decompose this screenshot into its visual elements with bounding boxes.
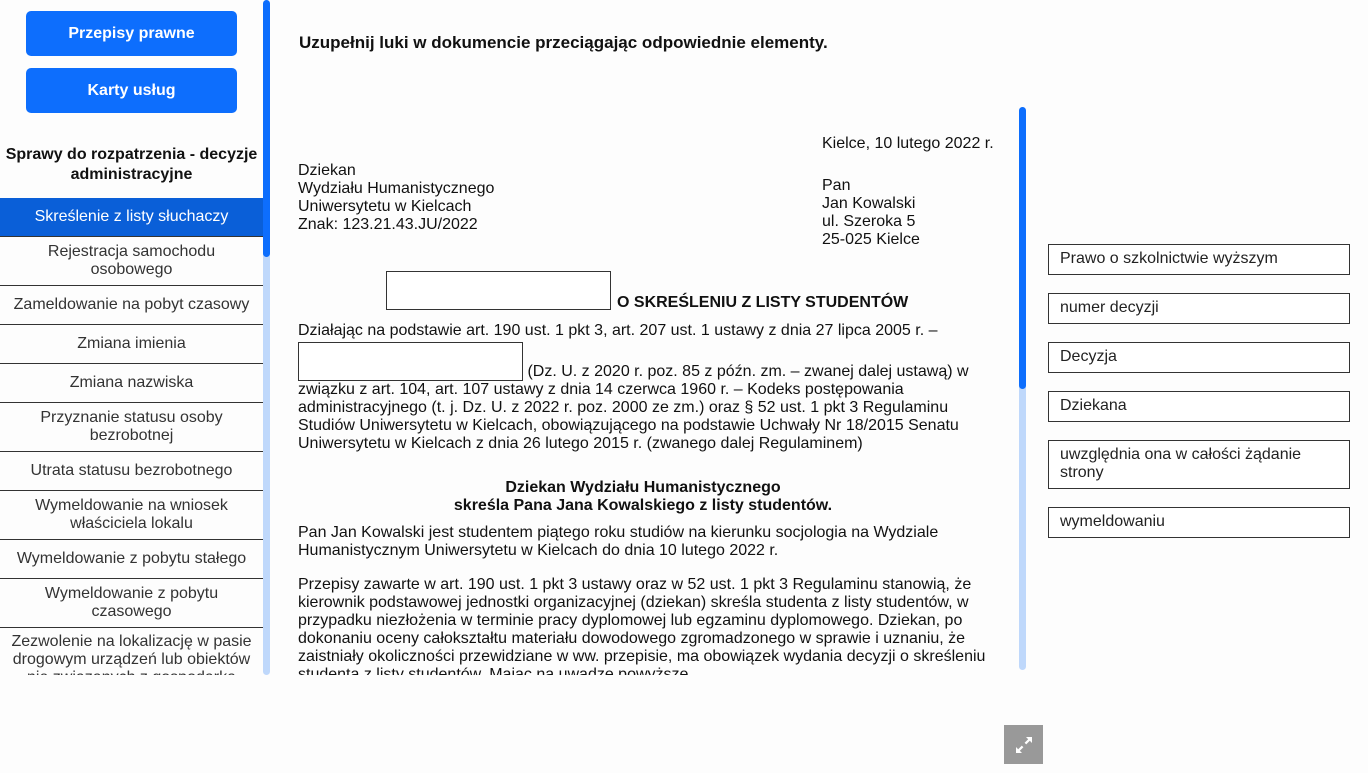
sidebar-item-wymeldowanie-czasowy[interactable]: Wymeldowanie z pobytu czasowego (0, 579, 263, 629)
sender-line: Uniwersytetu w Kielcach (298, 198, 494, 216)
sender-line: Dziekan (298, 162, 494, 180)
legal-regulations-button[interactable]: Przepisy prawne (26, 11, 237, 56)
sidebar-item-zezwolenie[interactable]: Zezwolenie na lokalizację w pasie drogow… (0, 628, 263, 675)
recipient-line: Pan (822, 177, 920, 195)
decision-line: Dziekan Wydziału Humanistycznego (298, 479, 988, 497)
document-title: O SKREŚLENIU Z LISTY STUDENTÓW (617, 294, 908, 312)
document-recipient: Pan Jan Kowalski ul. Szeroka 5 25-025 Ki… (822, 177, 920, 249)
sidebar: Przepisy prawne Karty usług Sprawy do ro… (0, 0, 263, 675)
sidebar-item-wymeldowanie-wniosek[interactable]: Wymeldowanie na wniosek właściciela loka… (0, 491, 263, 541)
sender-reference: Znak: 123.21.43.JU/2022 (298, 216, 494, 234)
service-cards-button[interactable]: Karty usług (26, 68, 237, 113)
recipient-line: Jan Kowalski (822, 195, 920, 213)
sidebar-item-wymeldowanie-staly[interactable]: Wymeldowanie z pobytu stałego (0, 540, 263, 579)
justification-paragraph: Przepisy zawarte w art. 190 ust. 1 pkt 3… (298, 576, 988, 675)
facts-paragraph: Pan Jan Kowalski jest studentem piątego … (298, 524, 988, 560)
sidebar-item-zmiana-nazwiska[interactable]: Zmiana nazwiska (0, 364, 263, 403)
drag-option[interactable]: numer decyzji (1048, 293, 1350, 324)
drag-option[interactable]: Dziekana (1048, 391, 1350, 422)
fullscreen-button[interactable] (1004, 725, 1043, 764)
recipient-line: ul. Szeroka 5 (822, 213, 920, 231)
draggable-options: Prawo o szkolnictwie wyższym numer decyz… (1048, 244, 1350, 556)
sidebar-item-rejestracja[interactable]: Rejestracja samochodu osobowego (0, 237, 263, 287)
case-list: Skreślenie z listy słuchaczy Rejestracja… (0, 198, 263, 675)
legal-basis-text-before: Działając na podstawie art. 190 ust. 1 p… (298, 322, 937, 339)
document-title-row: O SKREŚLENIU Z LISTY STUDENTÓW (386, 271, 908, 310)
drag-option[interactable]: Decyzja (1048, 342, 1350, 373)
drag-option[interactable]: uwzględnia ona w całości żądanie strony (1048, 440, 1350, 489)
decision-statement: Dziekan Wydziału Humanistycznego skreśla… (298, 479, 988, 515)
sidebar-item-zmiana-imienia[interactable]: Zmiana imienia (0, 325, 263, 364)
drag-option[interactable]: Prawo o szkolnictwie wyższym (1048, 244, 1350, 275)
drop-gap-title[interactable] (386, 271, 611, 310)
sender-line: Wydziału Humanistycznego (298, 180, 494, 198)
sidebar-item-zameldowanie-czasowy[interactable]: Zameldowanie na pobyt czasowy (0, 286, 263, 325)
sidebar-item-skreslenie[interactable]: Skreślenie z listy słuchaczy (0, 198, 263, 237)
sidebar-scrollbar-thumb[interactable] (263, 0, 270, 257)
document: Kielce, 10 lutego 2022 r. Dziekan Wydzia… (298, 107, 998, 675)
document-scrollbar-thumb[interactable] (1019, 107, 1026, 389)
sidebar-item-utrata-statusu[interactable]: Utrata statusu bezrobotnego (0, 452, 263, 491)
document-scrollbar[interactable] (1019, 107, 1026, 670)
decision-line: skreśla Pana Jana Kowalskiego z listy st… (298, 497, 988, 515)
instruction-text: Uzupełnij luki w dokumencie przeciągając… (299, 33, 828, 53)
recipient-line: 25-025 Kielce (822, 231, 920, 249)
legal-basis-paragraph: Działając na podstawie art. 190 ust. 1 p… (298, 322, 978, 453)
drop-gap-act-name[interactable] (298, 342, 523, 381)
document-date: Kielce, 10 lutego 2022 r. (822, 135, 994, 153)
document-sender: Dziekan Wydziału Humanistycznego Uniwers… (298, 162, 494, 234)
expand-arrows-icon (1013, 734, 1035, 756)
sidebar-scrollbar[interactable] (263, 0, 270, 675)
drag-option[interactable]: wymeldowaniu (1048, 507, 1350, 538)
sidebar-item-status-bezrobotnej[interactable]: Przyznanie statusu osoby bezrobotnej (0, 403, 263, 453)
sidebar-heading: Sprawy do rozpatrzenia - decyzje adminis… (0, 145, 263, 185)
